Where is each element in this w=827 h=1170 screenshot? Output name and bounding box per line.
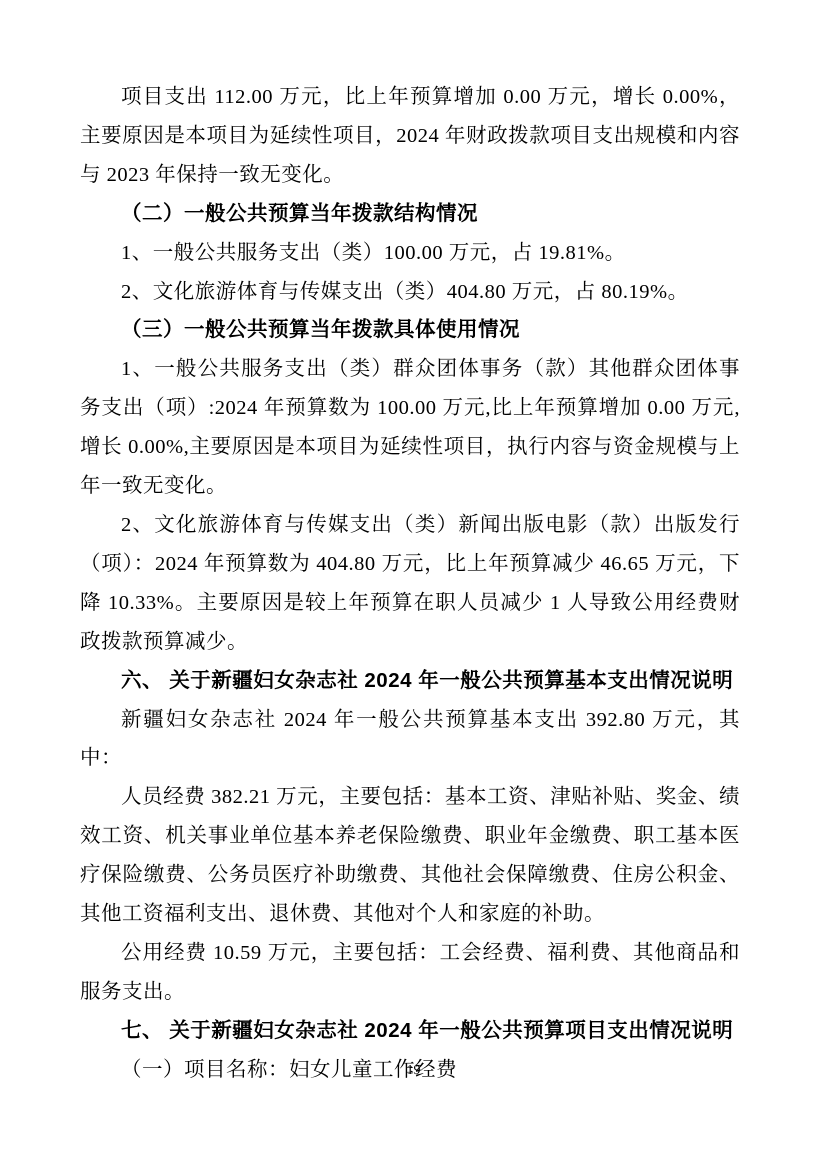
section-heading: （二）一般公共预算当年拨款结构情况 <box>80 195 740 234</box>
list-item: 2、文化旅游体育与传媒支出（类）404.80 万元，占 80.19%。 <box>80 273 740 312</box>
document-body: 项目支出 112.00 万元，比上年预算增加 0.00 万元，增长 0.00%，… <box>80 78 740 1090</box>
paragraph: 2、文化旅游体育与传媒支出（类）新闻出版电影（款）出版发行（项）：2024 年预… <box>80 506 740 662</box>
paragraph: 人员经费 382.21 万元，主要包括：基本工资、津贴补贴、奖金、绩效工资、机关… <box>80 778 740 934</box>
section-heading: （三）一般公共预算当年拨款具体使用情况 <box>80 311 740 350</box>
list-item: 1、一般公共服务支出（类）100.00 万元，占 19.81%。 <box>80 234 740 273</box>
paragraph: 公用经费 10.59 万元，主要包括：工会经费、福利费、其他商品和服务支出。 <box>80 934 740 1012</box>
section-heading: 七、 关于新疆妇女杂志社 2024 年一般公共预算项目支出情况说明 <box>80 1012 740 1051</box>
paragraph: 项目支出 112.00 万元，比上年预算增加 0.00 万元，增长 0.00%，… <box>80 78 740 195</box>
page-number: 19 <box>0 1063 827 1079</box>
paragraph: 1、一般公共服务支出（类）群众团体事务（款）其他群众团体事务支出（项）:2024… <box>80 350 740 506</box>
section-heading: 六、 关于新疆妇女杂志社 2024 年一般公共预算基本支出情况说明 <box>80 662 740 701</box>
paragraph: 新疆妇女杂志社 2024 年一般公共预算基本支出 392.80 万元，其中： <box>80 701 740 779</box>
document-page: 项目支出 112.00 万元，比上年预算增加 0.00 万元，增长 0.00%，… <box>0 0 827 1170</box>
